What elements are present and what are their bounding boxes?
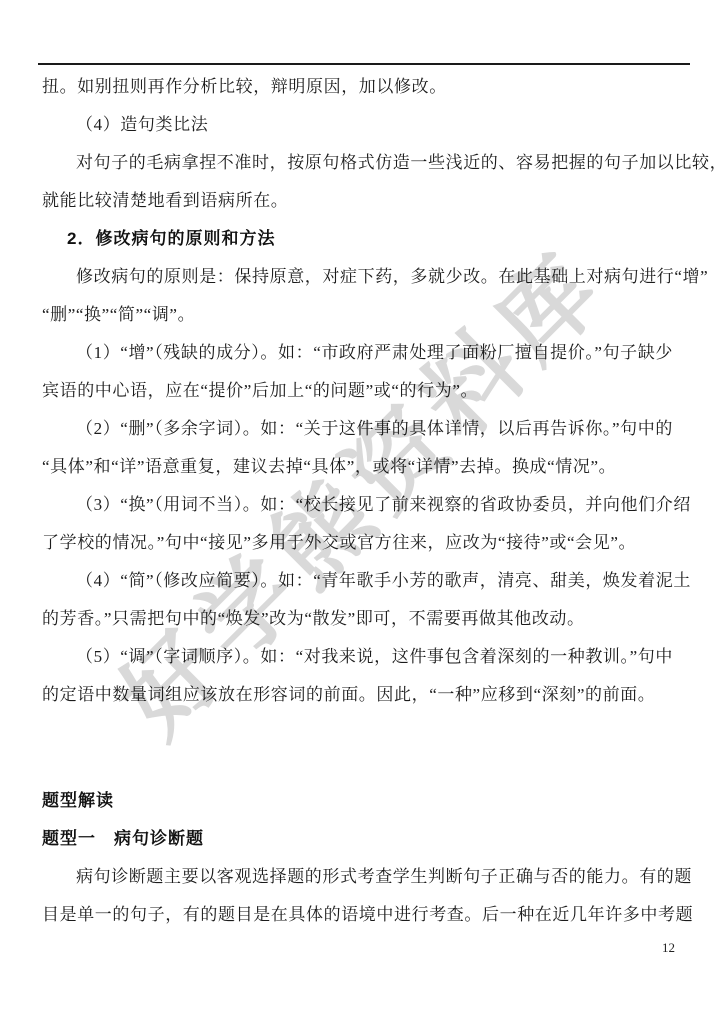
text-line: 病句诊断题主要以客观选择题的形式考查学生判断句子正确与否的能力。有的题 (42, 858, 682, 896)
header-rule (38, 63, 690, 65)
text-line: 目是单一的句子，有的题目是在具体的语境中进行考查。后一种在近几年许多中考题 (42, 896, 682, 934)
document-body: 扭。如别扭则再作分析比较，辩明原因，加以修改。 （4）造句类比法 对句子的毛病拿… (42, 68, 682, 934)
text-line: （3）“换”（用词不当）。如：“校长接见了前来视察的省政协委员，并向他们介绍 (42, 486, 682, 524)
text-line: （4）“简”（修改应简要）。如：“青年歌手小芳的歌声，清亮、甜美，焕发着泥土 (42, 562, 682, 600)
text-line: （5）“调”（字词顺序）。如：“对我来说，这件事包含着深刻的一种教训。”句中 (42, 638, 682, 676)
heading-tixing-jiedu: 题型解读 (42, 782, 682, 820)
text-line: 了学校的情况。”句中“接见”多用于外交或官方往来，应改为“接待”或“会见”。 (42, 524, 682, 562)
text-line: 扭。如别扭则再作分析比较，辩明原因，加以修改。 (42, 68, 682, 106)
heading-2-principles: 2．修改病句的原则和方法 (42, 220, 682, 258)
text-line: “删”“换”“简”“调”。 (42, 296, 682, 334)
text-line: （1）“增”（残缺的成分）。如：“市政府严肃处理了面粉厂擅自提价。”句子缺少 (42, 334, 682, 372)
text-line: 修改病句的原则是：保持原意，对症下药，多就少改。在此基础上对病句进行“增” (42, 258, 682, 296)
page-number: 12 (662, 940, 675, 956)
text-line: 就能比较清楚地看到语病所在。 (42, 182, 682, 220)
text-line: 对句子的毛病拿捏不准时，按原句格式仿造一些浅近的、容易把握的句子加以比较， (42, 144, 682, 182)
text-line: “具体”和“详”语意重复，建议去掉“具体”，或将“详情”去掉。换成“情况”。 (42, 448, 682, 486)
text-line: 宾语的中心语，应在“提价”后加上“的问题”或“的行为”。 (42, 372, 682, 410)
section-gap (42, 714, 682, 782)
text-line: 的芳香。”只需把句中的“焕发”改为“散发”即可，不需要再做其他改动。 (42, 600, 682, 638)
subheading-4-zaoju: （4）造句类比法 (42, 106, 682, 144)
text-line: 的定语中数量词组应该放在形容词的前面。因此，“一种”应移到“深刻”的前面。 (42, 676, 682, 714)
document-page: 好学熊资料库 扭。如别扭则再作分析比较，辩明原因，加以修改。 （4）造句类比法 … (0, 0, 720, 1018)
heading-tixing-yi: 题型一 病句诊断题 (42, 820, 682, 858)
text-line: （2）“删”（多余字词）。如：“关于这件事的具体详情，以后再告诉你。”句中的 (42, 410, 682, 448)
